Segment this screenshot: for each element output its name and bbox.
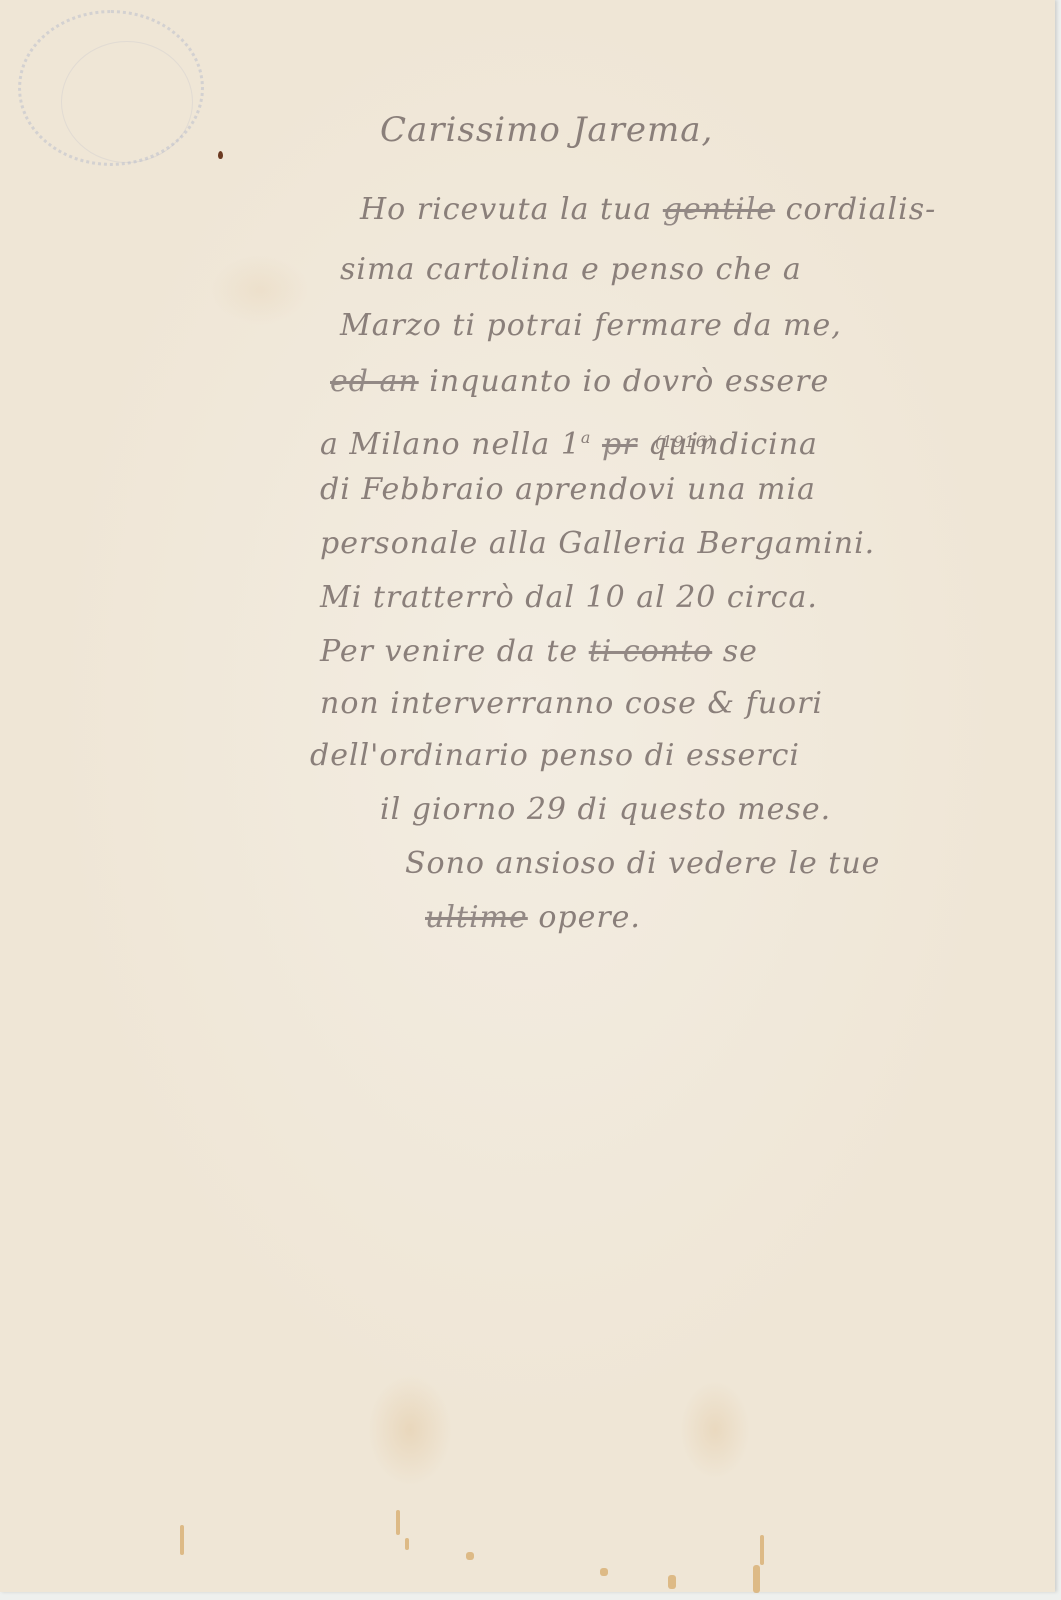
line-text: opere. [528,900,641,935]
line-text: se [712,634,758,669]
line-text: personale alla Galleria Bergamini. [320,526,875,561]
superscript: a [581,428,592,447]
struck-word: ed an [330,364,419,399]
letter-line: Marzo ti potrai fermare da me, [340,306,842,346]
line-text: sima cartolina e penso che a [340,252,802,287]
foxing-stain [396,1510,400,1535]
salutation: Carissimo Jarema, [380,110,713,150]
letter-line: Ho ricevuta la tua gentile cordialis- [360,190,936,230]
foxing-stain [600,1568,608,1576]
foxing-stain [405,1538,409,1550]
foxing-stain [668,1575,676,1589]
line-text: Sono ansioso di vedere le tue [405,846,880,881]
line-text: di Febbraio aprendovi una mia [320,472,816,507]
letter-line: il giorno 29 di questo mese. [380,790,831,830]
archive-stamp [18,10,204,166]
letter-line: personale alla Galleria Bergamini. [320,524,875,564]
letter-line: dell'ordinario penso di esserci [310,736,800,776]
foxing-stain [760,1535,764,1565]
letter-paper: Carissimo Jarema, Ho ricevuta la tua gen… [0,0,1055,1592]
archive-stamp-inner-ring [61,41,193,163]
line-text: Ho ricevuta la tua [360,192,663,227]
line-text: inquanto io dovrò essere [419,364,830,399]
foxing-stain [753,1565,760,1593]
letter-line: di Febbraio aprendovi una mia [320,470,816,510]
line-text: a Milano nella 1 [320,427,581,462]
line-text: Marzo ti potrai fermare da me, [340,308,842,343]
letter-line: sima cartolina e penso che a [340,250,802,290]
ink-speck [218,151,223,159]
letter-line: Sono ansioso di vedere le tue [405,844,880,884]
line-text: non interverranno cose & fuori [320,686,823,721]
letter-line: Per venire da te ti conto se [320,632,758,672]
letter-line: non interverranno cose & fuori [320,684,823,724]
struck-word: ultime [425,900,528,935]
foxing-stain [466,1552,474,1560]
struck-word: gentile [663,192,775,227]
struck-word: ti conto [589,634,713,669]
letter-line: a Milano nella 1a pr quindicina [320,418,818,465]
line-text: Per venire da te [320,634,589,669]
foxing-stain [180,1525,184,1555]
line-text: dell'ordinario penso di esserci [310,738,800,773]
letter-line: Mi tratterrò dal 10 al 20 circa. [320,578,818,618]
line-text: cordialis- [775,192,936,227]
year-annotation: (1916) [655,432,714,451]
letter-line: ultime opere. [425,898,641,938]
letter-line: ed an inquanto io dovrò essere [330,362,829,402]
struck-word: pr [602,427,638,462]
line-text: il giorno 29 di questo mese. [380,792,831,827]
line-text: Mi tratterrò dal 10 al 20 circa. [320,580,818,615]
